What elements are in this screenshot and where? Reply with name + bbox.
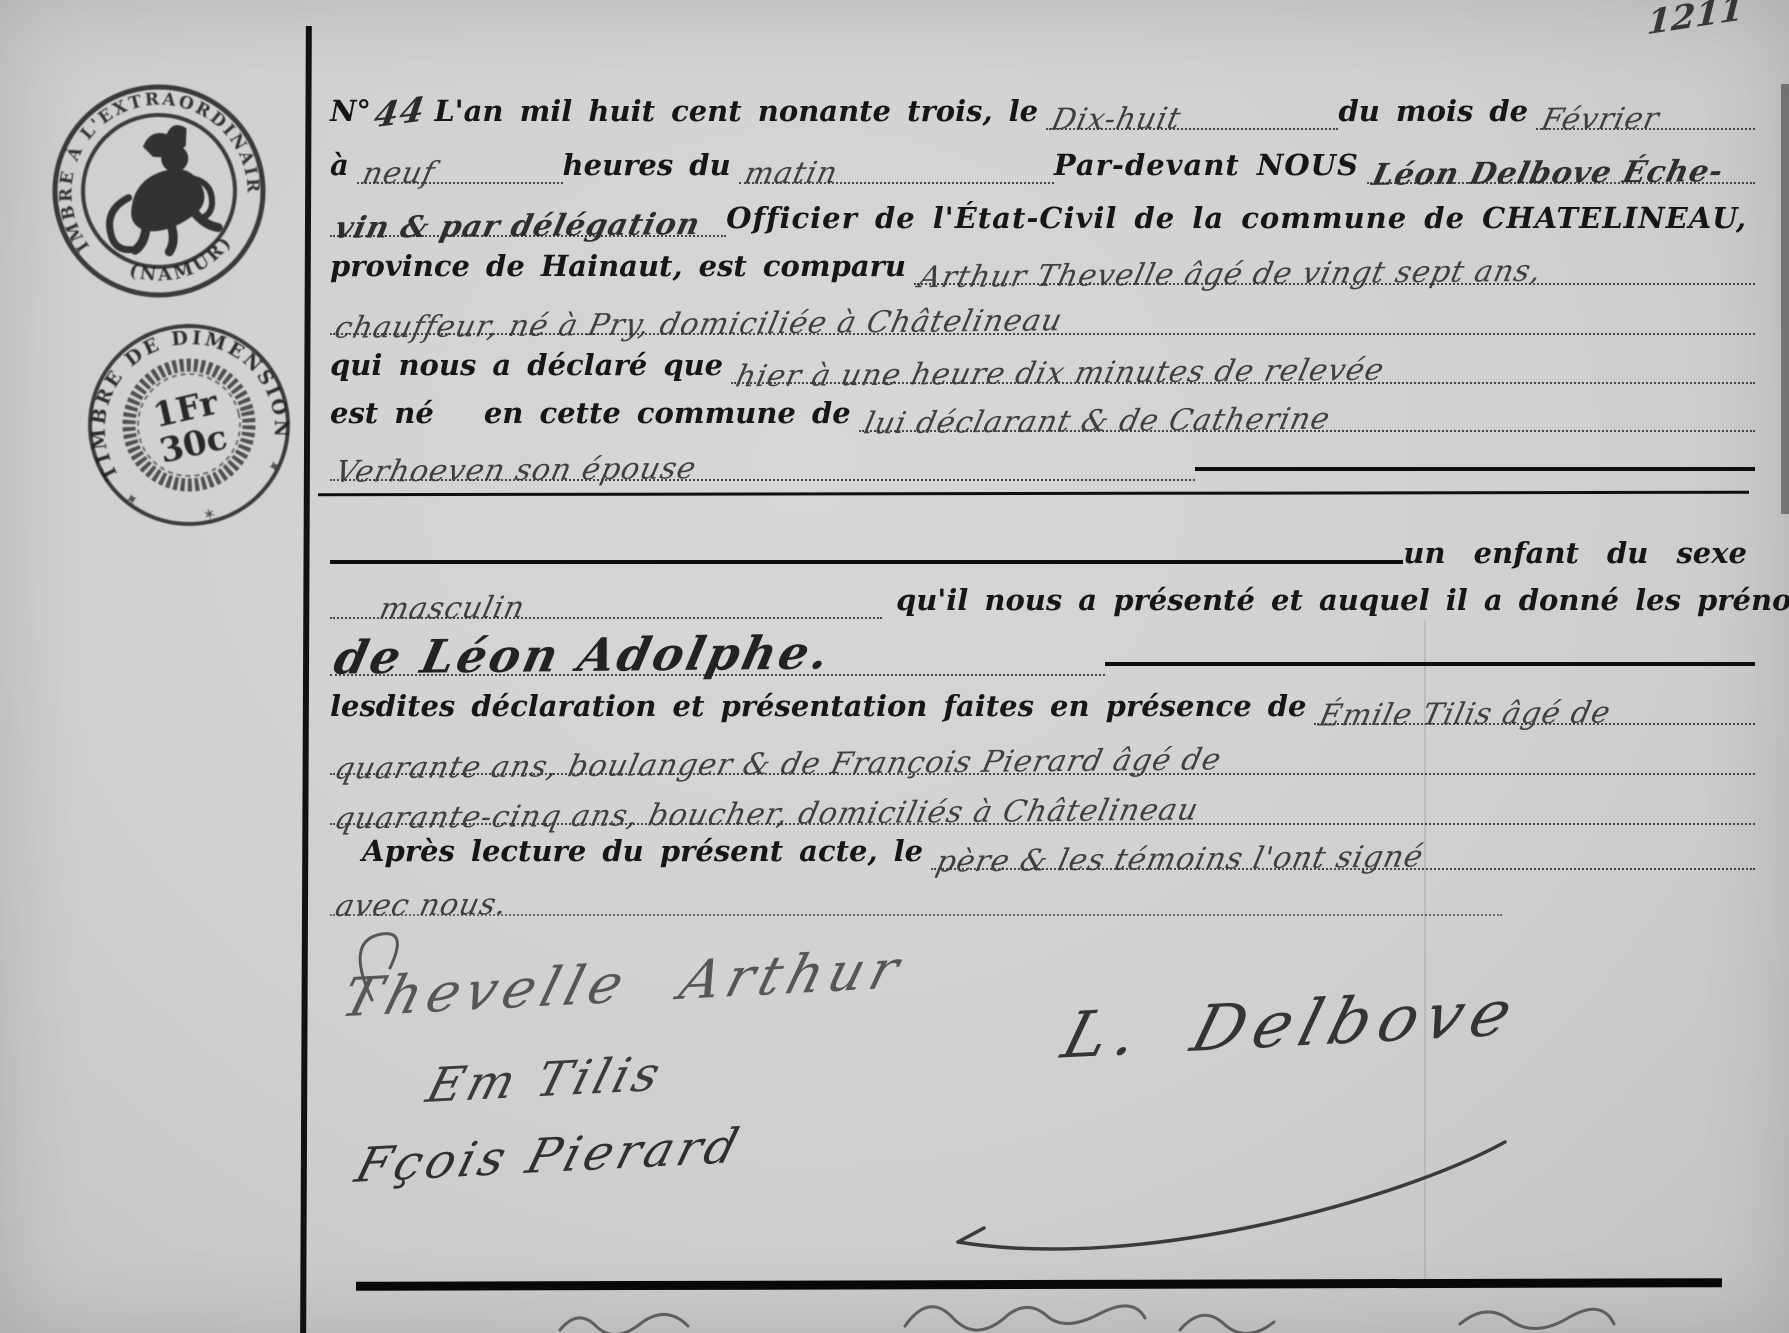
scan-edge-shadow [1781, 84, 1789, 514]
printed-at: à [330, 150, 357, 184]
act-line-1: N° 44 L'an mil huit cent nonante trois, … [330, 86, 1755, 130]
printed-lesdites: lesdites déclaration et présentation fai… [330, 691, 1314, 725]
crossed-out-line [330, 560, 1403, 564]
act-line-8: Verhoeven son épouse [330, 437, 1755, 481]
act-line-2: à neuf heures du matin Par-devant NOUS L… [330, 140, 1755, 184]
act-line-5: chauffeur, né à Pry, domiciliée à Châtel… [330, 291, 1755, 335]
crossed-out-line [1105, 662, 1755, 666]
svg-text:✦: ✦ [123, 488, 140, 510]
act-line-3: vin & par délégation Officier de l'État-… [330, 193, 1755, 237]
act-line-13: quarante ans, boulanger & de François Pi… [330, 731, 1755, 775]
field-birth-time: hier à une heure dix minutes de relevée [731, 359, 1755, 384]
field-witness1: Émile Tilis âgé de [1314, 700, 1755, 725]
svg-text:✶: ✶ [201, 503, 218, 525]
hw-parents: lui déclarant & de Catherine [861, 405, 1333, 440]
field-period: matin [739, 159, 1054, 184]
printed-pardevant-nous: Par-devant NOUS [1054, 150, 1367, 184]
field-day: Dix-huit [1046, 105, 1338, 130]
margin-vertical-rule [300, 26, 312, 1333]
signature-officer: L. Delbove [1054, 976, 1527, 1073]
field-parents: lui déclarant & de Catherine [859, 407, 1755, 432]
act-line-12: lesdites déclaration et présentation fai… [330, 681, 1755, 725]
section-rule [318, 491, 1749, 496]
stamp-dimension: TIMBRE DE DIMENSION 1Fr 30c ✦ ✦ ✶ [49, 285, 330, 566]
field-officer-title: vin & par délégation [330, 212, 726, 237]
printed-officier-etat-civil: Officier de l'État-Civil de la commune d… [726, 203, 1755, 237]
hw-period: matin [741, 159, 840, 190]
field-closing: père & les témoins l'ont signé [931, 845, 1755, 870]
stamp1-ring-text: TIMBRE À L'EXTRAORDINAIRE [7, 39, 269, 265]
signature-witness1: Em Tilis [421, 1046, 670, 1114]
field-declarant-details: chauffeur, né à Pry, domiciliée à Châtel… [330, 310, 1755, 335]
hw-declarant: Arthur Thevelle âgé de vingt sept ans, [916, 257, 1545, 293]
act-line-6: qui nous a déclaré que hier à une heure … [330, 340, 1755, 384]
hw-given-names: de Léon Adolphe. [330, 629, 835, 680]
field-officer-name: Léon Delbove Éche- [1367, 159, 1755, 184]
printed-un-enfant-du-sexe: un enfant du sexe [1403, 538, 1755, 572]
printed-no-label: N° [330, 96, 379, 130]
act-line-11: de Léon Adolphe. [330, 612, 1755, 676]
printed-year-text: L'an mil huit cent nonante trois, le [434, 96, 1046, 130]
field-witnesses-2: quarante ans, boulanger & de François Pi… [330, 750, 1755, 775]
corner-page-number: 1211 [1646, 0, 1745, 43]
printed-declare-que: qui nous a déclaré que [330, 350, 731, 384]
hw-mother: Verhoeven son épouse [332, 454, 699, 488]
hw-officer-name: Léon Delbove Éche- [1369, 157, 1726, 191]
printed-en-cette-commune: en cette commune de [484, 398, 859, 432]
act-line-16: avec nous. [330, 872, 1755, 916]
field-given-names: de Léon Adolphe. [330, 632, 1105, 676]
act-line-4: province de Hainaut, est comparu Arthur … [330, 241, 1755, 285]
printed-est-ne: est né [330, 398, 442, 432]
act-line-14: quarante-cinq ans, boucher, domiciliés à… [330, 781, 1755, 825]
field-hour: neuf [357, 159, 563, 184]
field-declarant: Arthur Thevelle âgé de vingt sept ans, [914, 260, 1755, 285]
hw-witnesses-2: quarante ans, boulanger & de François Pi… [332, 745, 1225, 784]
scanned-birth-certificate: 1211 TIMBRE À L'EXTRAORDINAIRE (NAMUR) [0, 0, 1789, 1333]
hw-hour: neuf [359, 159, 437, 190]
crossed-out-line [1195, 467, 1755, 471]
svg-text:TIMBRE À L'EXTRAORDINAIRE: TIMBRE À L'EXTRAORDINAIRE [7, 39, 269, 265]
act-line-7: est né en cette commune de lui déclarant… [330, 388, 1755, 432]
stamp2-ornaments: ✦ ✦ ✶ [123, 456, 290, 542]
printed-province-comparu: province de Hainaut, est comparu [330, 251, 914, 285]
field-closing-2: avec nous. [330, 891, 1502, 916]
field-witnesses-3: quarante-cinq ans, boucher, domiciliés à… [330, 800, 1755, 825]
act-line-15: Après lecture du présent acte, le père &… [362, 826, 1755, 870]
printed-month-label: du mois de [1338, 96, 1536, 130]
act-line-9: un enfant du sexe [330, 528, 1755, 572]
field-mother: Verhoeven son épouse [330, 456, 1195, 481]
hw-act-number: 44 [372, 93, 428, 134]
signature-father: Thevelle Arthur [335, 938, 912, 1030]
hw-witness1: Émile Tilis âgé de [1317, 698, 1614, 731]
bottom-thick-rule [356, 1278, 1722, 1291]
hw-closing-2: avec nous. [332, 890, 510, 922]
signature-witness2: Fçois Pierard [349, 1118, 748, 1194]
hw-delegation: vin & par délégation [332, 210, 703, 244]
hw-declarant-details: chauffeur, né à Pry, domiciliée à Châtel… [332, 306, 1065, 344]
printed-heures-du: heures du [563, 150, 739, 184]
hw-day: Dix-huit [1049, 104, 1184, 135]
hw-birth-time: hier à une heure dix minutes de relevée [733, 356, 1387, 393]
printed-apres-lecture: Après lecture du présent acte, le [362, 836, 931, 870]
hw-month: Février [1539, 104, 1663, 135]
field-month: Février [1536, 105, 1755, 130]
